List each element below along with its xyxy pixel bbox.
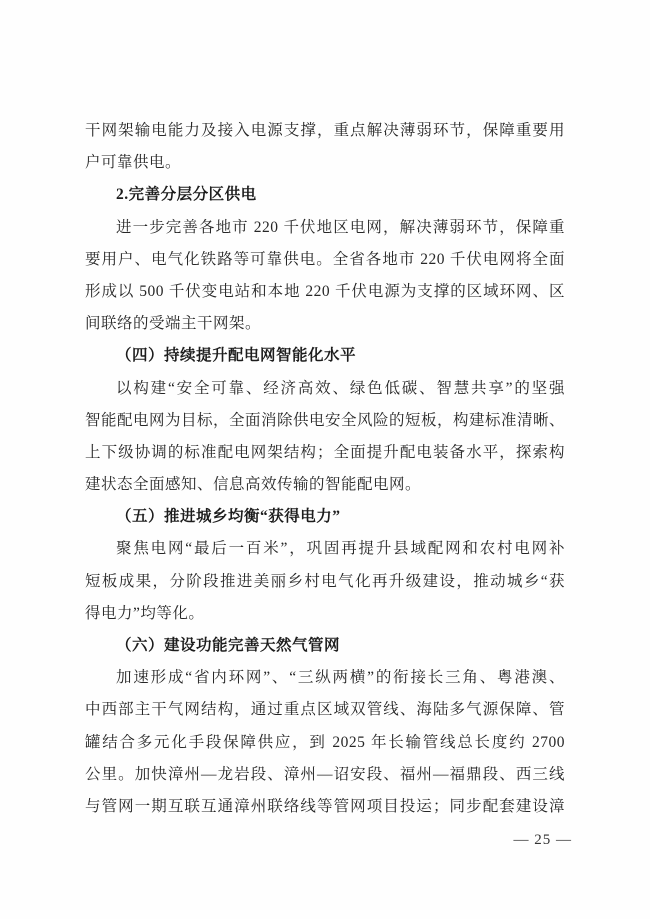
document-content: 干网架输电能力及接入电源支撑，重点解决薄弱环节，保障重要用 户可靠供电。 2.完…: [85, 115, 565, 823]
text-line: 得电力”均等化。: [85, 598, 565, 630]
text-line: 加速形成“省内环网”、“三纵两横”的衔接长三角、粤港澳、: [85, 662, 565, 694]
text-line: 要用户、电气化铁路等可靠供电。全省各地市 220 千伏电网将全面: [85, 244, 565, 276]
text-line: 建状态全面感知、信息高效传输的智能配电网。: [85, 469, 565, 501]
text-line: 干网架输电能力及接入电源支撑，重点解决薄弱环节，保障重要用: [85, 115, 565, 147]
text-line: 短板成果，分阶段推进美丽乡村电气化再升级建设，推动城乡“获: [85, 566, 565, 598]
text-line: 聚焦电网“最后一百米”，巩固再提升县域配网和农村电网补: [85, 533, 565, 565]
page-number: — 25 —: [514, 831, 573, 849]
text-line: 上下级协调的标准配电网架结构；全面提升配电装备水平，探索构: [85, 437, 565, 469]
document-page: 干网架输电能力及接入电源支撑，重点解决薄弱环节，保障重要用 户可靠供电。 2.完…: [0, 0, 650, 919]
text-line: 形成以 500 千伏变电站和本地 220 千伏电源为支撑的区域环网、区: [85, 276, 565, 308]
section-heading: （四）持续提升配电网智能化水平: [85, 340, 565, 372]
text-line: 以构建“安全可靠、经济高效、绿色低碳、智慧共享”的坚强: [85, 373, 565, 405]
text-line: 与管网一期互联互通漳州联络线等管网项目投运；同步配套建设漳: [85, 791, 565, 823]
text-line: 罐结合多元化手段保障供应，到 2025 年长输管线总长度约 2700: [85, 727, 565, 759]
text-line: 户可靠供电。: [85, 147, 565, 179]
section-heading: 2.完善分层分区供电: [85, 179, 565, 211]
text-line: 公里。加快漳州—龙岩段、漳州—诏安段、福州—福鼎段、西三线: [85, 759, 565, 791]
text-line: 智能配电网为目标，全面消除供电安全风险的短板，构建标准清晰、: [85, 405, 565, 437]
text-line: 进一步完善各地市 220 千伏地区电网，解决薄弱环节，保障重: [85, 212, 565, 244]
text-line: 中西部主干气网结构，通过重点区域双管线、海陆多气源保障、管: [85, 694, 565, 726]
section-heading: （六）建设功能完善天然气管网: [85, 630, 565, 662]
section-heading: （五）推进城乡均衡“获得电力”: [85, 501, 565, 533]
text-line: 间联络的受端主干网架。: [85, 308, 565, 340]
